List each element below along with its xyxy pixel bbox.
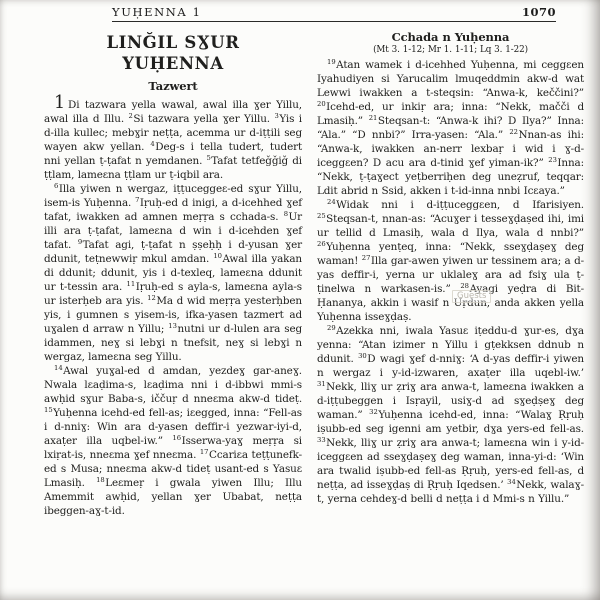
- book-title-line1: LINĞIL SƔUR: [106, 33, 239, 52]
- text-columns: LINĞIL SƔUR YUḤENNA Tazwert 1Di tazwara …: [44, 30, 584, 594]
- verse-text: 24Widak nni i d-iṭṭuceggɛen, d Ifarisiye…: [317, 199, 584, 323]
- paragraph: 6Illa yiwen n wergaz, iṭṭuceggeɛ-ed sɣur…: [44, 182, 302, 364]
- scanned-page: YUḤENNA 1 1070 LINĞIL SƔUR YUḤENNA Tazwe…: [0, 0, 600, 600]
- verse-text: 6Illa yiwen n wergaz, iṭṭuceggeɛ-ed sɣur…: [44, 183, 302, 363]
- paragraph: 19Atan wamek i d-icehhed Yuḥenna, mi ceg…: [317, 58, 584, 198]
- paragraph: 29Azekka nni, iwala Yasuɛ iṭeddu-d ɣur-e…: [317, 324, 584, 506]
- paragraph: 1Di tazwara yella wawal, awal illa ɣer Y…: [44, 98, 302, 182]
- left-column: LINĞIL SƔUR YUḤENNA Tazwert 1Di tazwara …: [44, 30, 302, 594]
- paragraph: 24Widak nni i d-iṭṭuceggɛen, d Ifarisiye…: [317, 198, 584, 324]
- parallel-references: (Mt 3. 1-12; Mr 1. 1-11; Lq 3. 1-22): [317, 45, 584, 56]
- watermark: Guests: [452, 290, 491, 303]
- chapter-number: 1: [54, 93, 65, 113]
- section-heading-tazwert: Tazwert: [44, 79, 302, 93]
- right-column: Cchada n Yuḥenna (Mt 3. 1-12; Mr 1. 1-11…: [317, 30, 584, 594]
- verse-text: 29Azekka nni, iwala Yasuɛ iṭeddu-d ɣur-e…: [317, 325, 584, 505]
- book-title: LINĞIL SƔUR YUḤENNA: [44, 32, 302, 74]
- page-number: 1070: [522, 6, 556, 19]
- book-title-line2: YUḤENNA: [122, 54, 224, 73]
- running-header: YUḤENNA 1 1070: [112, 6, 556, 22]
- section-heading-cchada: Cchada n Yuḥenna: [317, 30, 584, 44]
- running-header-title: YUḤENNA 1: [112, 6, 202, 19]
- verse-text: Di tazwara yella wawal, awal illa ɣer Yi…: [44, 99, 302, 181]
- paragraph: 14Awal yuɣal-ed d amdan, yezdeɣ gar-aneɣ…: [44, 364, 302, 518]
- verse-text: 14Awal yuɣal-ed d amdan, yezdeɣ gar-aneɣ…: [44, 365, 302, 517]
- verse-text: 19Atan wamek i d-icehhed Yuḥenna, mi ceg…: [317, 59, 584, 197]
